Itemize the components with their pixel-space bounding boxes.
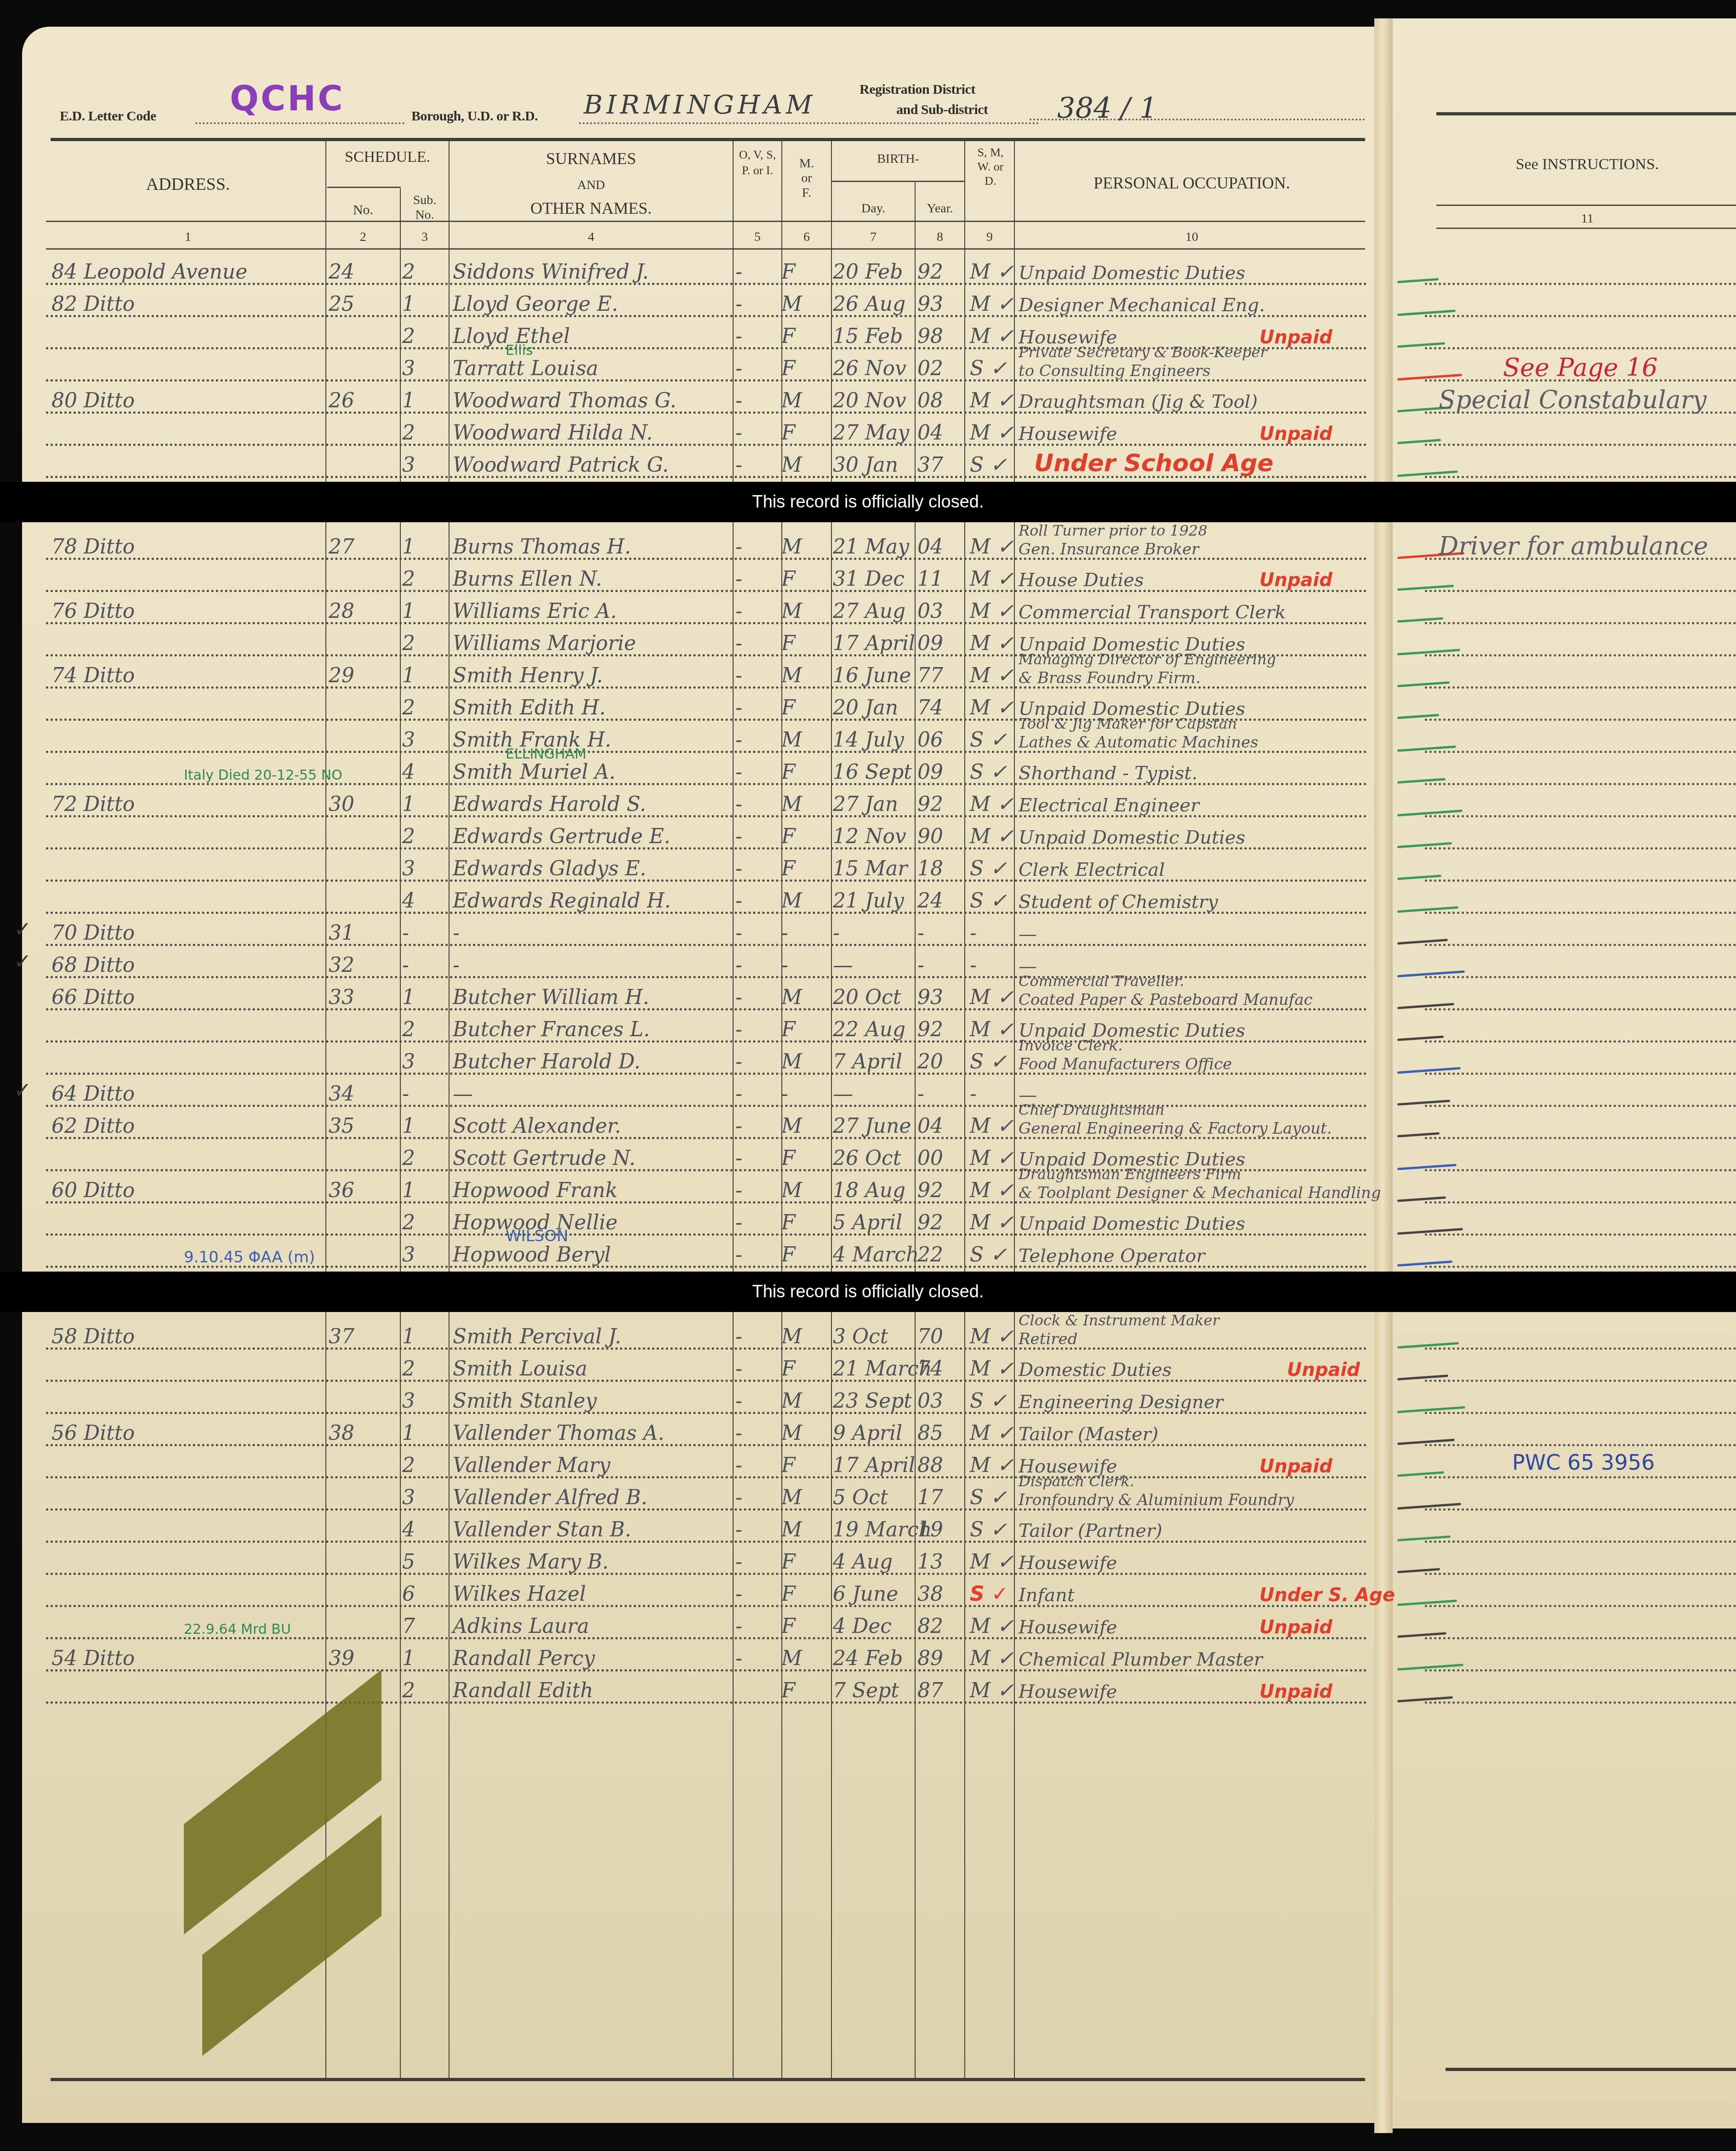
occupation-cell: Telephone Operator [1019,1247,1205,1265]
table-row: 64 Ditto34-—--—--—✓ [46,1075,1367,1107]
birth-year-cell: 88 [917,1455,943,1476]
occupation-cell: Unpaid Domestic Duties [1019,1215,1245,1233]
col-number: 6 [782,230,831,245]
sex-cell: F [781,1148,796,1169]
ed-letter-code-stamp: QCHC [230,79,344,119]
marital-status-cell: M ✓ [970,633,1014,654]
birth-year-cell: 85 [917,1423,943,1444]
table-row: 3Butcher Harold D.-M7 April20S ✓Invoice … [46,1043,1367,1075]
name-cell: — [453,1084,473,1104]
right-bottom-rule [1446,2068,1736,2071]
name-cell: Smith Stanley [453,1391,597,1411]
ovspi-cell: - [735,987,742,1008]
birth-day-cell: 17 April [833,1455,915,1476]
table-row: 3Smith Stanley-M23 Sept03S ✓Engineering … [46,1382,1367,1414]
sub-no-cell: 3 [402,359,415,379]
marital-status-cell: - [970,955,977,976]
occupation-cell: Chemical Plumber Master [1019,1650,1263,1669]
ovspi-cell: - [735,1359,742,1379]
birth-year-cell: 00 [917,1148,943,1169]
ovspi-cell: - [735,601,742,622]
schedule-no-cell: 28 [329,601,354,622]
name-cell: Burns Thomas H. [453,537,631,557]
birth-year-cell: 82 [917,1616,943,1637]
ovspi-cell: - [735,1116,742,1136]
birth-year-cell: 74 [917,1359,943,1379]
occupation-line-2: Coated Paper & Pasteboard Manufac [1019,992,1313,1008]
instructions-row-dotline [1425,1008,1736,1010]
marital-status-cell: - [970,1084,977,1104]
address-cell: 74 Ditto [51,666,135,686]
birth-year-cell: 13 [917,1552,943,1572]
marital-status-cell: S ✓ [970,1520,1007,1540]
sex-cell: M [781,1520,802,1540]
birth-day-cell: 20 Oct [833,987,901,1008]
table-row: 2Edwards Gertrude E.-F12 Nov90M ✓Unpaid … [46,817,1367,850]
occupation-line-1: Dispatch Clerk. [1019,1474,1134,1489]
sex-cell: M [781,1423,802,1444]
table-row: 84 Leopold Avenue242Siddons Winifred J.-… [46,253,1367,285]
marital-status-cell: S ✓ [970,1052,1007,1072]
birth-subrule [832,181,965,182]
sub-no-cell: 2 [402,262,415,282]
sub-no-cell: 2 [402,326,415,347]
occupation-cell: Clerk Electrical [1019,861,1165,879]
name-cell: Williams Eric A. [453,601,617,622]
birth-day-cell: 3 Oct [833,1327,888,1347]
occupation-line-2: Lathes & Automatic Machines [1019,735,1258,750]
sub-no-cell: 4 [402,891,415,911]
name-annotation: Ellis [506,344,533,358]
birth-year-cell: - [917,923,924,943]
sub-no-cell: 2 [402,827,415,847]
birth-year-cell: 03 [917,601,943,622]
ovspi-cell: - [735,1649,742,1669]
occupation-cell: Designer Mechanical Eng. [1019,296,1265,314]
sub-no-cell: 1 [402,1181,415,1201]
closed-notice-text: This record is officially closed. [752,492,984,512]
table-row: 2Vallender Mary-F17 April88M ✓HousewifeU… [46,1446,1367,1478]
birth-year-cell: 04 [917,423,943,443]
marital-status-cell: M ✓ [970,698,1014,718]
occupation-line-2: & Brass Foundry Firm. [1019,670,1201,686]
table-row: 80 Ditto261Woodward Thomas G.-M20 Nov08M… [46,382,1367,414]
table-row: 70 Ditto31-------—✓ [46,914,1367,946]
sub-no-cell: 2 [402,1213,415,1233]
table-row: 82 Ditto251Lloyd George E.-M26 Aug93M ✓D… [46,285,1367,317]
instructions-row-dotline [1425,1233,1736,1236]
birth-day-cell: 16 Sept [833,762,912,782]
table-row: 2Randall EdithF7 Sept87M ✓HousewifeUnpai… [46,1672,1367,1704]
col-number: 8 [916,230,964,245]
name-annotation: WILSON [506,1228,568,1244]
instructions-row-dotline [1425,283,1736,285]
col-number: 3 [401,230,449,245]
table-row: 2Smith Louisa-F21 March74M ✓Domestic Dut… [46,1350,1367,1382]
sub-district-label: and Sub-district [896,102,988,118]
marital-status-cell: M ✓ [970,987,1014,1008]
birth-day-cell: 4 March [833,1245,916,1265]
instructions-row-dotline [1425,1266,1736,1268]
right-header-top-rule [1436,112,1736,115]
name-cell: Woodward Patrick G. [453,455,669,475]
birth-year-cell: 04 [917,537,943,557]
birth-day-cell: 5 April [833,1213,902,1233]
occupation-line-1: Roll Turner prior to 1928 [1019,523,1207,538]
sex-cell: F [781,1245,796,1265]
ovspi-cell: - [735,1327,742,1347]
sub-no-cell: - [402,955,409,976]
sex-cell: F [781,827,796,847]
col-header-year: Year. [916,201,964,216]
name-cell: Siddons Winifred J. [453,262,649,282]
reg-district-value: 384 / 1 [1057,91,1157,125]
birth-year-cell: 24 [917,891,943,911]
instructions-row-dotline [1425,1380,1736,1382]
occupation-unpaid-annotation: Unpaid [1259,1618,1332,1637]
schedule-no-cell: 34 [329,1084,354,1104]
sex-cell: M [781,794,802,815]
instructions-row-dotline [1425,1637,1736,1639]
table-row: 3Vallender Alfred B.-M5 Oct17S ✓Dispatch… [46,1478,1367,1511]
schedule-no-cell: 37 [329,1327,354,1347]
table-row: 2Butcher Frances L.-F22 Aug92M ✓Unpaid D… [46,1010,1367,1043]
ovspi-cell: - [735,794,742,815]
table-row: 3Hopwood Beryl-F4 March22S ✓Telephone Op… [46,1236,1367,1268]
table-row: 78 Ditto271Burns Thomas H.-M21 May04M ✓R… [46,528,1367,560]
birth-year-cell: 18 [917,859,943,879]
ovspi-cell: - [735,326,742,347]
margin-tick-mark: ✓ [14,917,32,941]
occupation-line-1: Private Secretary & Book-Keeper [1019,345,1267,359]
sex-cell: M [781,1052,802,1072]
schedule-no-cell: 31 [329,923,354,943]
address-cell: 82 Ditto [51,294,135,314]
occupation-cell: Unpaid Domestic Duties [1019,828,1245,847]
birth-year-cell: 92 [917,1213,943,1233]
table-row: 54 Ditto391Randall Percy-M24 Feb89M ✓Che… [46,1639,1367,1672]
name-cell: Smith Muriel A. [453,762,615,782]
birth-year-cell: 22 [917,1245,943,1265]
sex-cell: M [781,537,802,557]
table-row: 3Tarratt Louisa-F26 Nov02S ✓Private Secr… [46,349,1367,382]
occupation-cell: Electrical Engineer [1019,796,1199,815]
birth-year-cell: 02 [917,359,943,379]
book-gutter [1374,18,1393,2133]
ovspi-cell: - [735,730,742,750]
marital-status-cell: M ✓ [970,326,1014,347]
sub-no-cell: 3 [402,730,415,750]
marital-status-cell: M ✓ [970,423,1014,443]
sex-cell: M [781,891,802,911]
ovspi-cell: - [735,294,742,314]
birth-day-cell: 26 Oct [833,1148,901,1169]
sex-cell: F [781,326,796,347]
birth-day-cell: 4 Aug [833,1552,893,1572]
name-cell: Woodward Hilda N. [453,423,653,443]
occupation-unpaid-annotation: Under S. Age [1259,1586,1395,1604]
col-header-occupation: PERSONAL OCCUPATION. [1015,174,1369,193]
col-header-instructions: See INSTRUCTIONS. [1439,155,1736,173]
right-header-mid-rule [1436,205,1736,206]
schedule-no-cell: 25 [329,294,354,314]
schedule-no-cell: 24 [329,262,354,282]
name-cell: Edwards Gertrude E. [453,827,671,847]
sex-cell: F [781,1020,796,1040]
col-header-birth: BIRTH- [832,152,964,166]
name-cell: Woodward Thomas G. [453,391,677,411]
sub-no-cell: 7 [402,1616,415,1637]
instructions-row-dotline [1425,847,1736,850]
occupation-line-1: Chief Draughtsman [1019,1102,1164,1117]
table-row: 7Adkins Laura-F4 Dec82M ✓HousewifeUnpaid… [46,1607,1367,1639]
name-cell: - [453,923,460,943]
instructions-note: Special Constabulary [1439,385,1707,414]
address-annotation: Italy Died 20-12-55 NO [184,769,342,782]
col-number: 10 [1015,230,1369,245]
occupation-unpaid-annotation: Unpaid [1259,1457,1332,1476]
address-cell: 66 Ditto [51,987,135,1008]
sex-cell: F [781,633,796,654]
col-header-ovspi: O, V, S, P. or I. [735,147,780,178]
name-cell: Vallender Alfred B. [453,1488,647,1508]
sex-cell: F [781,698,796,718]
instructions-row-dotline [1425,590,1736,592]
marital-status-cell: M ✓ [970,1359,1014,1379]
reg-district-label: Registration District [859,82,975,97]
closed-record-band: This record is officially closed. [0,482,1736,522]
sub-no-cell: - [402,923,409,943]
birth-year-cell: 92 [917,1020,943,1040]
occupation-line-1: Commercial Traveller. [1019,974,1184,988]
sub-no-cell: 6 [402,1584,415,1604]
marital-status-cell: M ✓ [970,1423,1014,1444]
instructions-note: See Page 16 [1503,353,1658,382]
name-cell: Edwards Gladys E. [453,859,646,879]
sex-cell: M [781,294,802,314]
ovspi-cell: - [735,891,742,911]
name-cell: Hopwood Frank [453,1181,618,1201]
address-cell: 56 Ditto [51,1423,135,1444]
instructions-row-dotline [1425,347,1736,349]
table-row: 4Smith Muriel A.-F16 Sept09S ✓Shorthand … [46,753,1367,785]
sub-no-cell: 2 [402,1020,415,1040]
name-cell: Smith Louisa [453,1359,587,1379]
instructions-note: PWC 65 3956 [1512,1450,1655,1475]
name-cell: Edwards Reginald H. [453,891,671,911]
schedule-subrule [327,187,401,188]
marital-status-cell: M ✓ [970,569,1014,589]
table-row: 3Edwards Gladys E.-F15 Mar18S ✓Clerk Ele… [46,850,1367,882]
sub-no-cell: 1 [402,666,415,686]
marital-status-cell: S ✓ [970,359,1007,379]
sub-no-cell: 1 [402,391,415,411]
birth-day-cell: 15 Feb [833,326,903,347]
sub-no-cell: 2 [402,1359,415,1379]
table-row: 3Smith Frank H.-M14 July06S ✓Tool & Jig … [46,721,1367,753]
occupation-cell: — [1019,925,1037,943]
sex-cell: F [781,1552,796,1572]
table-row: 58 Ditto371Smith Percival J.-M3 Oct70M ✓… [46,1318,1367,1350]
instructions-row-dotline [1425,1347,1736,1350]
ovspi-cell: - [735,1584,742,1604]
birth-day-cell: 24 Feb [833,1649,903,1669]
instructions-note: Driver for ambulance [1439,531,1708,560]
address-cell: 58 Ditto [51,1327,135,1347]
occupation-unpaid-annotation: Unpaid [1259,1683,1332,1701]
birth-day-cell: 30 Jan [833,455,898,475]
ovspi-cell: - [735,537,742,557]
marital-status-cell: M ✓ [970,794,1014,815]
ovspi-cell: - [735,827,742,847]
table-row: 66 Ditto331Butcher William H.-M20 Oct93M… [46,978,1367,1010]
birth-day-cell: 21 May [833,537,909,557]
birth-year-cell: 09 [917,762,943,782]
sex-cell: F [781,1213,796,1233]
instructions-row-dotline [1425,1508,1736,1511]
ovspi-cell: - [735,391,742,411]
occupation-cell: Housewife [1019,1683,1117,1701]
name-cell: Wilkes Hazel [453,1584,586,1604]
address-cell: 68 Ditto [51,955,135,976]
occupation-line-1: Managing Director of Engineering [1019,652,1276,667]
ovspi-cell: - [735,1423,742,1444]
sex-cell: M [781,455,802,475]
table-row: 4Edwards Reginald H.-M21 July24S ✓Studen… [46,882,1367,914]
birth-year-cell: 93 [917,294,943,314]
occupation-line-2: Ironfoundry & Aluminium Foundry [1019,1492,1294,1508]
instructions-row-dotline [1425,444,1736,446]
sub-no-cell: 4 [402,762,415,782]
sub-no-cell: 3 [402,1245,415,1265]
borough-value: BIRMINGHAM [584,90,816,120]
name-cell: Edwards Harold S. [453,794,646,815]
address-cell: 70 Ditto [51,923,135,943]
name-cell: Smith Henry J. [453,666,603,686]
birth-day-cell: 9 April [833,1423,902,1444]
instructions-row-dotline [1425,1137,1736,1139]
sub-no-cell: 3 [402,1052,415,1072]
address-cell: 60 Ditto [51,1181,135,1201]
sub-no-cell: 2 [402,569,415,589]
occupation-line-2: General Engineering & Factory Layout. [1019,1121,1332,1136]
occupation-unpaid-annotation: Under School Age [1034,451,1274,475]
address-annotation: 22.9.64 Mrd BU [184,1623,291,1637]
name-cell: Vallender Stan B. [453,1520,631,1540]
sex-cell: M [781,1649,802,1669]
sex-cell: M [781,666,802,686]
col-number: 4 [450,230,733,245]
sex-cell: M [781,1327,802,1347]
ovspi-cell: - [735,1488,742,1508]
instructions-row-dotline [1425,783,1736,785]
name-annotation: ELLINGHAM [506,747,586,761]
marital-status-cell: M ✓ [970,1552,1014,1572]
instructions-row-dotline [1425,944,1736,946]
marital-status-cell: M ✓ [970,537,1014,557]
sex-cell: F [781,359,796,379]
header-bottom-rule [46,248,1365,250]
address-cell: 76 Ditto [51,601,135,622]
ovspi-cell: - [735,1391,742,1411]
sub-no-cell: 3 [402,1391,415,1411]
birth-year-cell: 04 [917,1116,943,1136]
sex-cell: F [781,1359,796,1379]
name-cell: Hopwood Beryl [453,1245,611,1265]
marital-status-cell: M ✓ [970,391,1014,411]
birth-year-cell: 09 [917,633,943,654]
occupation-line-2: Food Manufacturers Office [1019,1056,1232,1072]
sub-no-cell: 1 [402,294,415,314]
marital-status-cell: S ✓ [970,1245,1007,1265]
instructions-row-dotline [1425,1073,1736,1075]
marital-status-cell: M ✓ [970,827,1014,847]
birth-year-cell: 87 [917,1681,943,1701]
table-row: 74 Ditto291Smith Henry J.-M16 June77M ✓M… [46,656,1367,689]
name-cell: Butcher Harold D. [453,1052,640,1072]
table-bottom-rule [51,2078,1365,2081]
occupation-cell: Housewife [1019,1618,1117,1637]
instructions-row-dotline [1425,654,1736,656]
name-cell: Smith Percival J. [453,1327,621,1347]
instructions-row-dotline [1425,1040,1736,1043]
sex-cell: - [781,955,788,976]
col-number: 9 [965,230,1014,245]
instructions-row-dotline [1425,815,1736,817]
marital-status-cell: M ✓ [970,1327,1014,1347]
table-row: 60 Ditto361Hopwood Frank-M18 Aug92M ✓Dra… [46,1171,1367,1204]
birth-day-cell: 5 Oct [833,1488,888,1508]
sub-no-cell: 1 [402,794,415,815]
birth-year-cell: 70 [917,1327,943,1347]
marital-status-cell: S ✓ [970,1488,1007,1508]
instructions-row-dotline [1425,976,1736,978]
schedule-no-cell: 39 [329,1649,354,1669]
ovspi-cell: - [735,1181,742,1201]
occupation-line-1: Draughtsman Engineers Firm [1019,1167,1241,1181]
ovspi-cell: - [735,423,742,443]
birth-day-cell: 16 June [833,666,911,686]
birth-day-cell: 26 Aug [833,294,905,314]
sex-cell: - [781,1084,788,1104]
sex-cell: M [781,730,802,750]
marital-status-cell: S ✓ [970,762,1007,782]
borough-dotline [579,122,1039,124]
ovspi-cell: - [735,262,742,282]
sub-no-cell: 3 [402,859,415,879]
instructions-row-dotline [1425,1573,1736,1575]
name-cell: Butcher William H. [453,987,649,1008]
sex-cell: M [781,601,802,622]
ovspi-cell: - [735,1213,742,1233]
marital-status-cell: M ✓ [970,1455,1014,1476]
table-row: 4Vallender Stan B.-M19 March19S ✓Tailor … [46,1511,1367,1543]
sub-no-cell: 5 [402,1552,415,1572]
sex-cell: M [781,987,802,1008]
ovspi-cell: - [735,1616,742,1637]
birth-year-cell: 38 [917,1584,943,1604]
ovspi-cell: - [735,698,742,718]
col-header-day: Day. [832,201,915,216]
birth-year-cell: 19 [917,1520,943,1540]
sub-no-cell: 3 [402,455,415,475]
name-cell: Butcher Frances L. [453,1020,650,1040]
birth-year-cell: 93 [917,987,943,1008]
birth-year-cell: 37 [917,455,943,475]
occupation-line-1: Invoice Clerk. [1019,1038,1122,1053]
occupation-cell: Unpaid Domestic Duties [1019,264,1245,282]
col-header-sex: M.orF. [782,156,831,201]
